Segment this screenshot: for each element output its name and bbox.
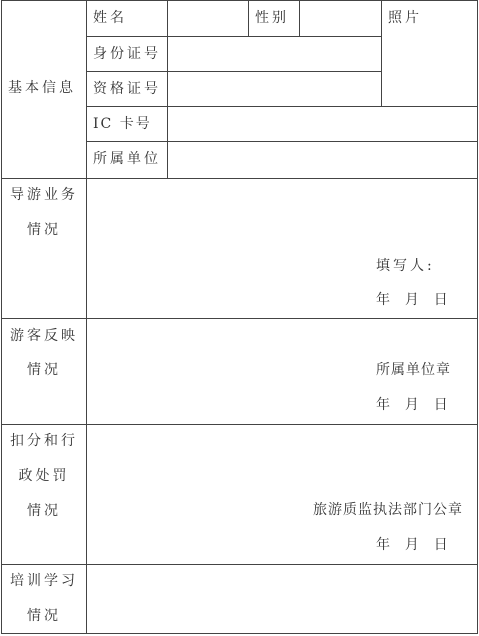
tourist-feedback-label-line1: 游客反映 — [2, 328, 86, 344]
tourist-feedback-stamp: 所属单位章 — [376, 362, 451, 378]
tourist-feedback-date: 年 月 日 — [376, 397, 450, 413]
penalty-label-line2: 政处罚 — [2, 468, 86, 484]
ic-card-label: IC 卡号 — [93, 116, 152, 132]
training-label-line2: 情况 — [2, 608, 86, 624]
gender-field[interactable] — [300, 1, 381, 36]
col-line-3 — [248, 0, 249, 36]
name-label: 姓名 — [93, 10, 127, 26]
penalty-stamp: 旅游质监执法部门公章 — [313, 502, 463, 518]
unit-field[interactable] — [168, 142, 477, 178]
guide-business-date: 年 月 日 — [376, 292, 450, 308]
cert-number-field[interactable] — [168, 72, 381, 106]
id-number-field[interactable] — [168, 37, 381, 71]
training-content[interactable] — [87, 565, 477, 633]
penalty-label-line1: 扣分和行 — [2, 433, 86, 449]
training-label-line1: 培训学习 — [2, 573, 86, 589]
guide-business-signer: 填写人: — [376, 258, 435, 274]
border-bottom — [1, 633, 478, 634]
border-right — [477, 0, 478, 634]
penalty-date: 年 月 日 — [376, 537, 450, 553]
guide-business-label-line2: 情况 — [2, 222, 86, 238]
section-label-basic-info: 基本信息 — [8, 80, 76, 96]
cert-number-label: 资格证号 — [93, 81, 161, 97]
guide-business-label-line1: 导游业务 — [2, 187, 86, 203]
penalty-label-line3: 情况 — [2, 503, 86, 519]
ic-card-field[interactable] — [168, 107, 477, 141]
gender-label: 性别 — [255, 10, 289, 26]
unit-label: 所属单位 — [93, 151, 161, 167]
name-field[interactable] — [168, 1, 248, 36]
tourist-feedback-label-line2: 情况 — [2, 362, 86, 378]
photo-area[interactable] — [382, 1, 477, 106]
border-left — [1, 0, 2, 634]
id-number-label: 身份证号 — [93, 46, 161, 62]
